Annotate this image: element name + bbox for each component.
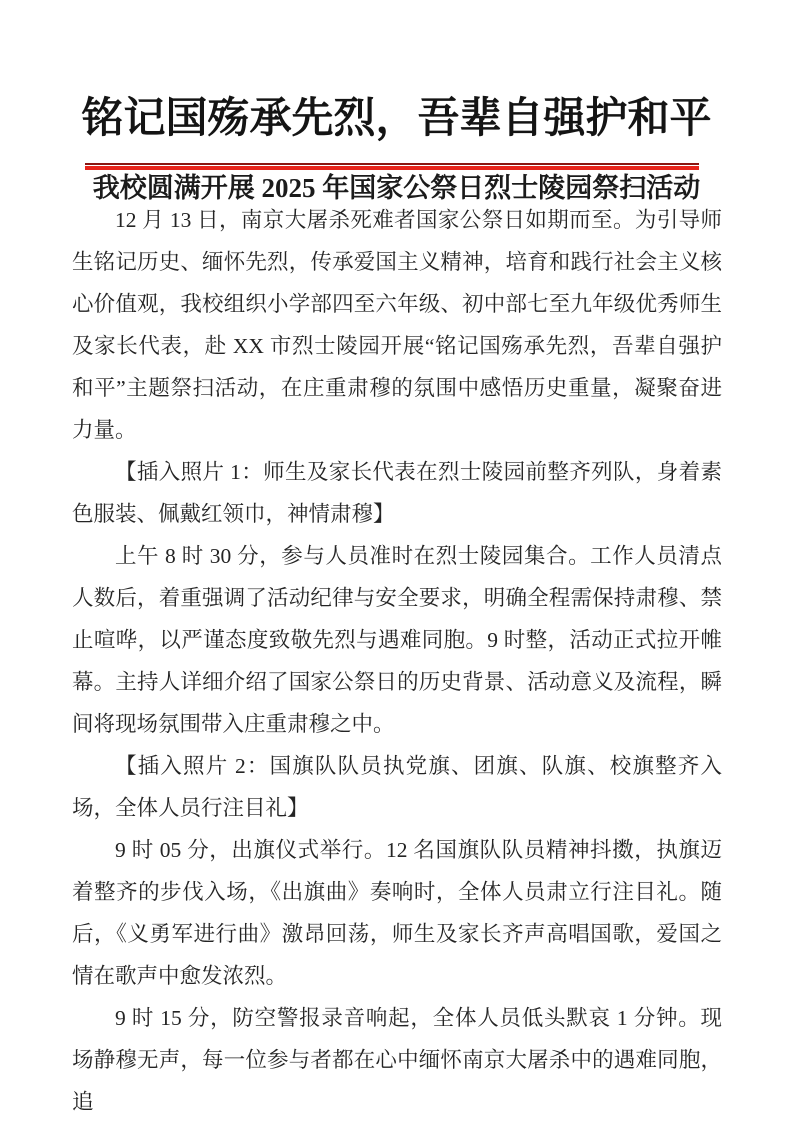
photo-placeholder-paragraph: 【插入照片 1：师生及家长代表在烈士陵园前整齐列队，身着素色服装、佩戴红领巾，神…	[72, 451, 722, 535]
body-paragraph: 上午 8 时 30 分，参与人员准时在烈士陵园集合。工作人员清点人数后，着重强调…	[72, 535, 722, 745]
body-paragraph: 9 时 05 分，出旗仪式举行。12 名国旗队队员精神抖擞，执旗迈着整齐的步伐入…	[72, 829, 722, 997]
photo-placeholder-paragraph: 【插入照片 2：国旗队队员执党旗、团旗、队旗、校旗整齐入场，全体人员行注目礼】	[72, 745, 722, 829]
red-divider-top-line	[85, 163, 699, 165]
body-paragraph: 9 时 15 分，防空警报录音响起，全体人员低头默哀 1 分钟。现场静穆无声，每…	[72, 997, 722, 1122]
document-body: 12 月 13 日，南京大屠杀死难者国家公祭日如期而至。为引导师生铭记历史、缅怀…	[72, 199, 722, 1122]
body-paragraph: 12 月 13 日，南京大屠杀死难者国家公祭日如期而至。为引导师生铭记历史、缅怀…	[72, 199, 722, 451]
document-title: 铭记国殇承先烈，吾辈自强护和平	[0, 88, 793, 150]
document-page: 铭记国殇承先烈，吾辈自强护和平 我校圆满开展 2025 年国家公祭日烈士陵园祭扫…	[0, 0, 793, 1122]
